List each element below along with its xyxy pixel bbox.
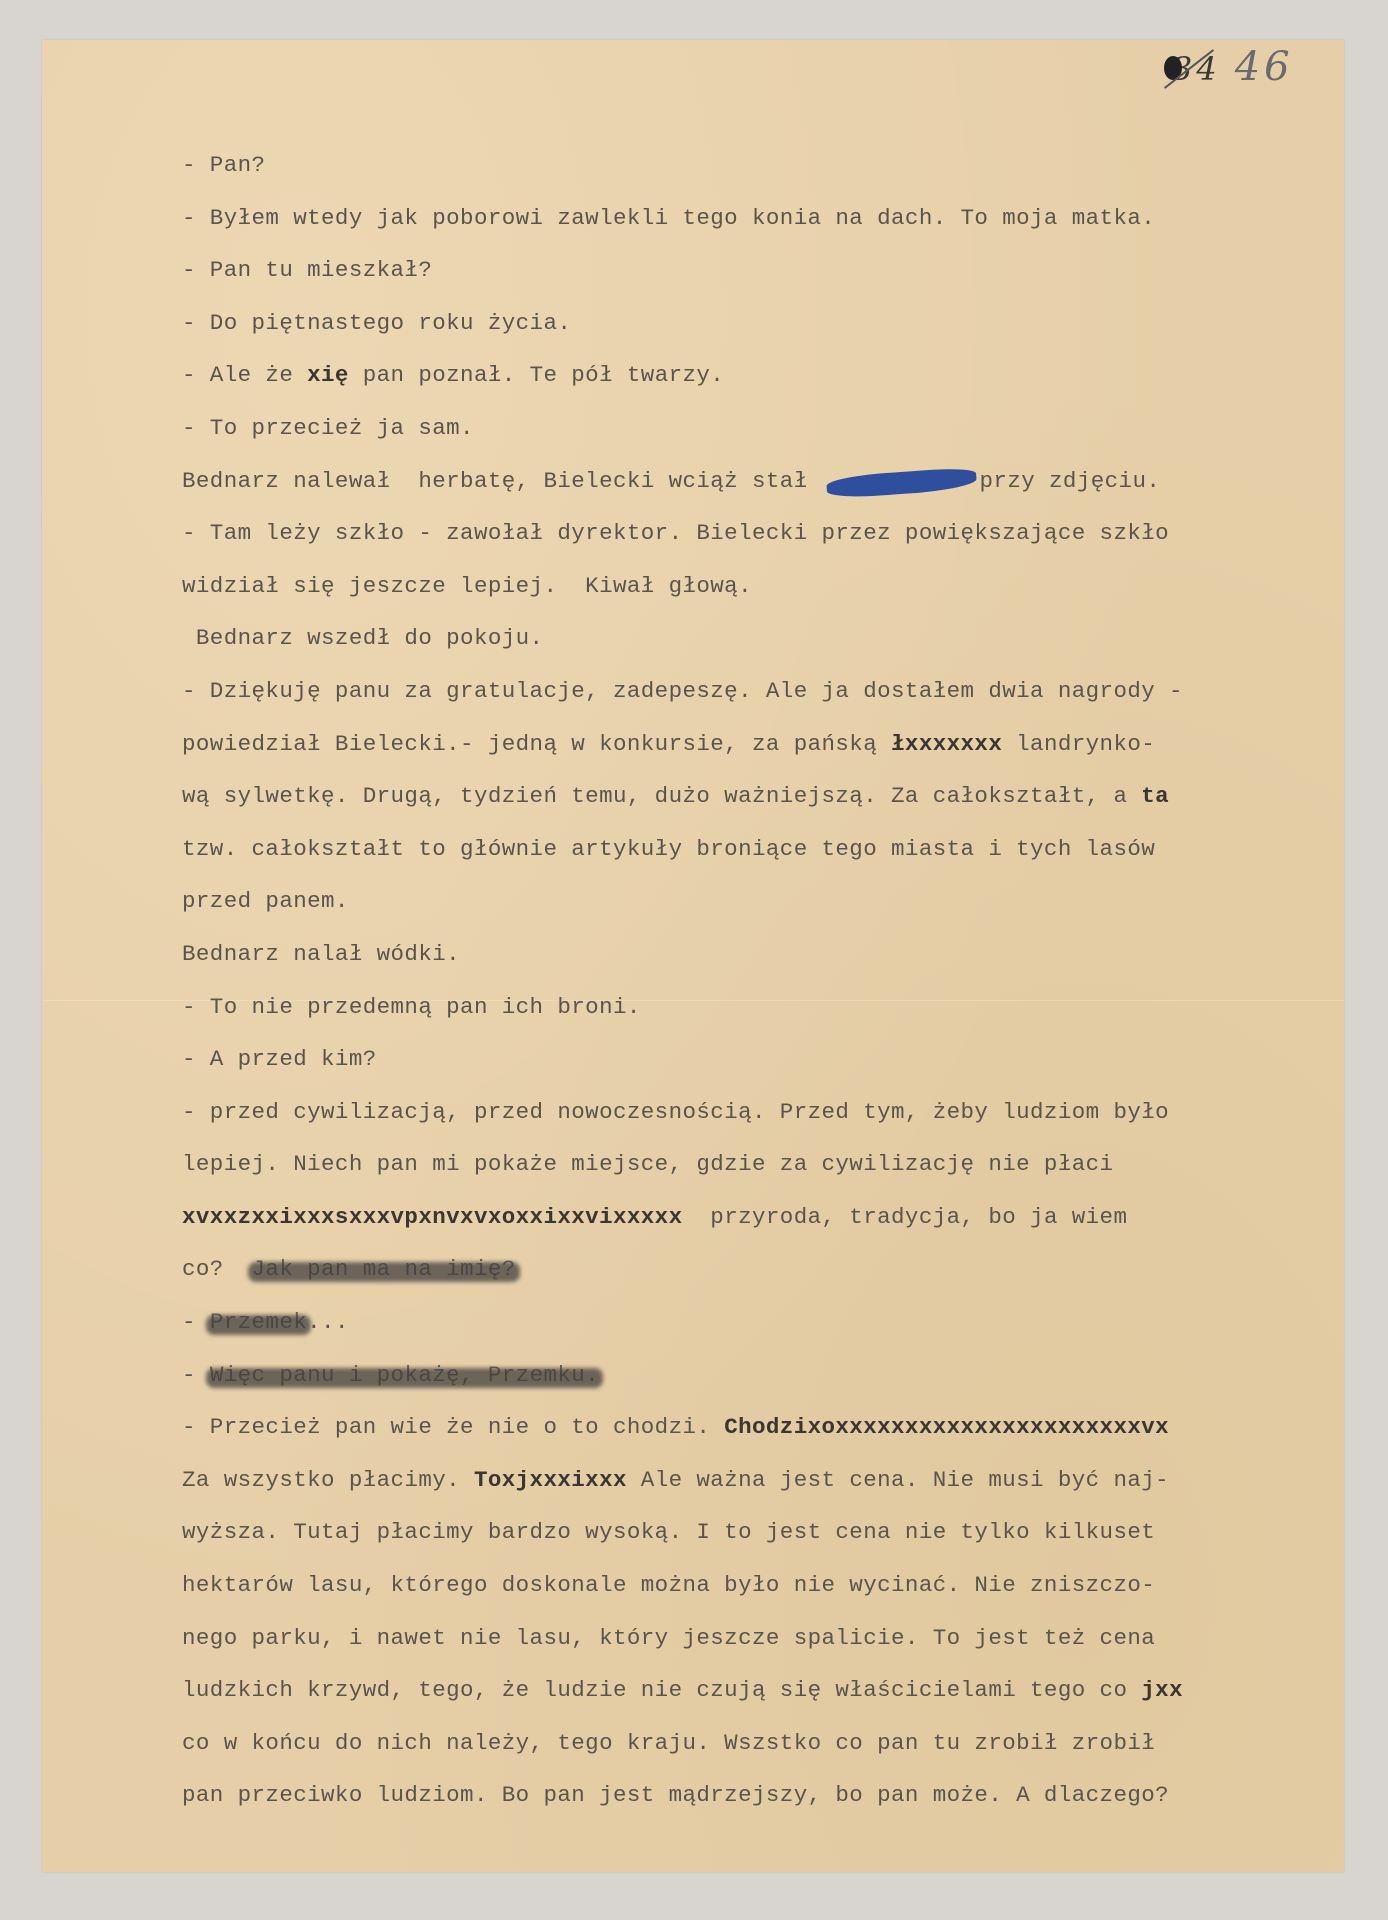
- text-line: - Przecież pan wie że nie o to chodzi. C…: [182, 1410, 1342, 1463]
- blue-ink-scribble: [825, 466, 976, 498]
- text-line: - Pan tu mieszkał?: [182, 253, 1342, 306]
- text-line: tzw. całokształt to głównie artykuły bro…: [182, 832, 1342, 885]
- text-segment: ...: [307, 1309, 349, 1335]
- text-segment: landrynko-: [1002, 731, 1155, 757]
- text-line: widział się jeszcze lepiej. Kiwał głową.: [182, 569, 1342, 622]
- text-line: nego parku, i nawet nie lasu, który jesz…: [182, 1621, 1342, 1674]
- text-segment: pan poznał. Te pół twarzy.: [349, 362, 724, 388]
- typed-strikeout: jxx: [1141, 1677, 1183, 1703]
- handwritten-page-number: 46: [1235, 44, 1294, 90]
- text-segment: przyroda, tradycja, bo ja wiem: [682, 1204, 1127, 1230]
- text-line: Bednarz wszedł do pokoju.: [182, 621, 1342, 674]
- text-line: - Do piętnastego roku życia.: [182, 306, 1342, 359]
- text-segment: Za wszystko płacimy.: [182, 1467, 474, 1493]
- text-segment: ludzkich krzywd, tego, że ludzie nie czu…: [182, 1677, 1141, 1703]
- text-line: co? Jak pan ma na imię?: [182, 1252, 1342, 1305]
- text-line: wyższa. Tutaj płacimy bardzo wysoką. I t…: [182, 1515, 1342, 1568]
- typed-strikeout: łxxxxxxx: [891, 731, 1002, 757]
- page-number: 3446: [1172, 44, 1294, 90]
- text-segment: - Przecież pan wie że nie o to chodzi.: [182, 1414, 724, 1440]
- text-segment: wą sylwetkę. Drugą, tydzień temu, dużo w…: [182, 783, 1141, 809]
- text-line: - To nie przedemną pan ich broni.: [182, 990, 1342, 1043]
- smudged-strikeout: Jak pan ma na imię?: [252, 1252, 516, 1286]
- typed-text-body: - Pan?- Byłem wtedy jak poborowi zawlekl…: [182, 148, 1342, 1831]
- text-line: hektarów lasu, którego doskonale można b…: [182, 1568, 1342, 1621]
- text-line: co w końcu do nich należy, tego kraju. W…: [182, 1726, 1342, 1779]
- text-line: pan przeciwko ludziom. Bo pan jest mądrz…: [182, 1778, 1342, 1831]
- text-line: - Ale że xię pan poznał. Te pół twarzy.: [182, 358, 1342, 411]
- text-segment: Ale ważna jest cena. Nie musi być naj-: [627, 1467, 1169, 1493]
- typed-strikeout: Toxjxxxixxx: [474, 1467, 627, 1493]
- typed-strikeout: ta: [1141, 783, 1169, 809]
- text-segment: co?: [182, 1256, 252, 1282]
- text-line: wą sylwetkę. Drugą, tydzień temu, dużo w…: [182, 779, 1342, 832]
- text-line: - Pan?: [182, 148, 1342, 201]
- text-line: - Więc panu i pokażę, Przemku.: [182, 1358, 1342, 1411]
- text-segment: Bednarz nalewał herbatę, Bielecki wciąż …: [182, 468, 822, 494]
- typed-strikeout: xvxxzxxixxxsxxxvpxnvxvxoxxixxvixxxxx: [182, 1204, 682, 1230]
- text-line: xvxxzxxixxxsxxxvpxnvxvxoxxixxvixxxxx prz…: [182, 1200, 1342, 1253]
- text-line: lepiej. Niech pan mi pokaże miejsce, gdz…: [182, 1147, 1342, 1200]
- text-line: przed panem.: [182, 884, 1342, 937]
- smudged-strikeout: Przemek: [210, 1305, 307, 1339]
- text-line: Bednarz nalewał herbatę, Bielecki wciąż …: [182, 464, 1342, 517]
- typed-strikeout: xię: [307, 362, 349, 388]
- smudged-strikeout: Więc panu i pokażę, Przemku.: [210, 1358, 599, 1392]
- crossed-out-page-number: 34: [1172, 50, 1221, 88]
- text-line: - A przed kim?: [182, 1042, 1342, 1095]
- text-line: - To przecież ja sam.: [182, 411, 1342, 464]
- text-segment: powiedział Bielecki.- jedną w konkursie,…: [182, 731, 891, 757]
- text-line: - Byłem wtedy jak poborowi zawlekli tego…: [182, 201, 1342, 254]
- typed-strikeout: Chodzixoxxxxxxxxxxxxxxxxxxxxxxvx: [724, 1414, 1169, 1440]
- text-line: Za wszystko płacimy. Toxjxxxixxx Ale waż…: [182, 1463, 1342, 1516]
- text-line: - przed cywilizacją, przed nowoczesności…: [182, 1095, 1342, 1148]
- text-line: Bednarz nalał wódki.: [182, 937, 1342, 990]
- text-line: powiedział Bielecki.- jedną w konkursie,…: [182, 727, 1342, 780]
- text-line: - Dziękuję panu za gratulacje, zadepeszę…: [182, 674, 1342, 727]
- text-line: - Tam leży szkło - zawołał dyrektor. Bie…: [182, 516, 1342, 569]
- text-segment: przy zdjęciu.: [980, 468, 1161, 494]
- text-segment: - Ale że: [182, 362, 307, 388]
- text-line: ludzkich krzywd, tego, że ludzie nie czu…: [182, 1673, 1342, 1726]
- text-line: - Przemek...: [182, 1305, 1342, 1358]
